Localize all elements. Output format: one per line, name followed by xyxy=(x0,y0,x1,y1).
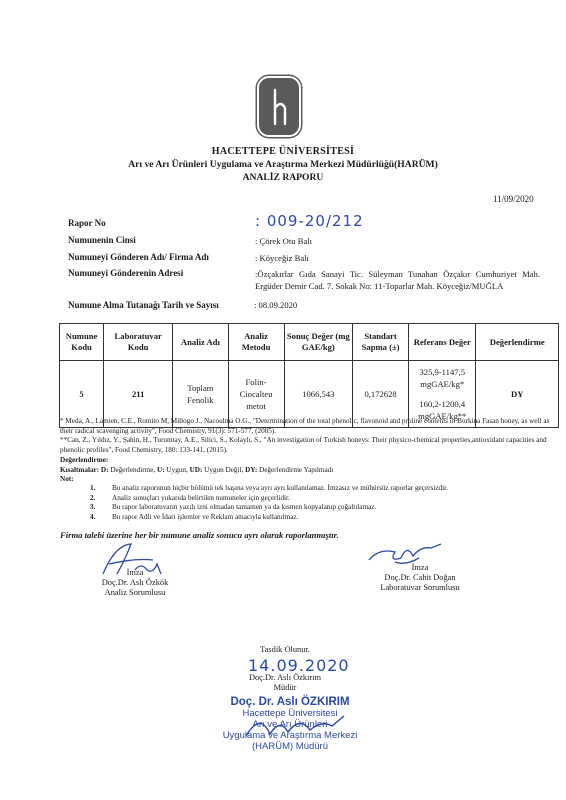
col-analysis-method: Analiz Metodu xyxy=(228,324,284,361)
abbrev-key-d: D: xyxy=(101,466,109,474)
notes-list: 1.Bu analiz raporunun hiçbir bölümü tek … xyxy=(90,484,448,522)
abbrev-key-dy: DY: xyxy=(245,466,257,474)
field-value-report-no: : 009-20/212 xyxy=(255,212,364,230)
reference-2: **Can, Z., Yıldız, Y., Şahin, H., Turumt… xyxy=(60,436,560,455)
field-label-report-no: Rapor No xyxy=(68,218,106,228)
approval-signer: Doç.Dr. Aslı Özkırım Müdür xyxy=(220,673,350,693)
note-label: Not: xyxy=(60,475,74,483)
signature-block-right: İmza Doç.Dr. Cahit Doğan Laboratuvar Sor… xyxy=(360,563,480,593)
reference-1: * Meda, A., Lamien, C.E., Romito M, Mill… xyxy=(60,417,560,436)
field-label-sender-address: Numuneyi Gönderenin Adresi xyxy=(68,268,183,278)
note-item: 4.Bu rapor Adli ve İdari işlemler ve Rek… xyxy=(90,513,448,523)
center-name: Arı ve Arı Ürünleri Uygulama ve Araştırm… xyxy=(0,159,566,170)
col-reference: Referans Değer xyxy=(409,324,476,361)
document-title: ANALİZ RAPORU xyxy=(0,172,566,183)
report-date: 11/09/2020 xyxy=(493,194,534,204)
hacettepe-logo-icon xyxy=(259,78,299,135)
abbrev-val-d: Değerlendirme, xyxy=(109,466,158,474)
table-header-row: Numune Kodu Laboratuvar Kodu Analiz Adı … xyxy=(60,324,559,361)
abbrev-key-u: U: xyxy=(157,466,165,474)
signer-name: Doç.Dr. Cahit Doğan xyxy=(360,573,480,583)
evaluation-section: Değerlendirme: Kısaltmalar: D: Değerlend… xyxy=(60,456,560,485)
signer-role: Analiz Sorumlusu xyxy=(80,588,190,598)
col-sample-code: Numune Kodu xyxy=(60,324,104,361)
university-name: HACETTEPE ÜNİVERSİTESİ xyxy=(0,146,566,157)
field-label-sender-name: Numuneyi Gönderen Adı/ Firma Adı xyxy=(68,252,209,262)
results-table: Numune Kodu Laboratuvar Kodu Analiz Adı … xyxy=(59,323,559,428)
note-item: 2.Analiz sonuçları yukarıda belirtilen n… xyxy=(90,494,448,504)
col-lab-code: Laboratuvar Kodu xyxy=(104,324,173,361)
note-item: 1.Bu analiz raporunun hiçbir bölümü tek … xyxy=(90,484,448,494)
evaluation-heading: Değerlendirme: xyxy=(60,456,108,464)
field-value-sender-name: : Köyceğiz Balı xyxy=(255,253,309,263)
abbrev-key-ud: UD: xyxy=(190,466,203,474)
signature-label: İmza xyxy=(80,568,190,578)
signature-director-icon xyxy=(240,706,350,746)
director-name: Doç.Dr. Aslı Özkırım xyxy=(220,673,350,683)
reference-range-1: 325,9-1147,5 mgGAE/kg* xyxy=(411,366,473,390)
abbreviations-line: Kısaltmalar: D: Değerlendirme, U: Uygun,… xyxy=(60,466,560,476)
approval-text: Tasdik Olunur. xyxy=(220,645,350,655)
signer-name: Doç.Dr. Aslı Özkök xyxy=(80,578,190,588)
abbrev-label: Kısaltmalar: xyxy=(60,466,99,474)
signature-label: İmza xyxy=(360,563,480,573)
signature-block-left: İmza Doç.Dr. Aslı Özkök Analiz Sorumlusu xyxy=(80,568,190,598)
director-role: Müdür xyxy=(220,683,350,693)
signer-role: Laboratuvar Sorumlusu xyxy=(360,583,480,593)
field-value-sampling-record: : 08.09.2020 xyxy=(254,300,297,310)
col-std-dev: Standart Sapma (±) xyxy=(353,324,409,361)
abbrev-val-dy: Değerlendirme Yapılmadı xyxy=(257,466,333,474)
abbrev-val-u: Uygun, xyxy=(165,466,190,474)
field-value-sender-address: :Özçakırlar Gıda Sanayi Tic. Süleyman Tu… xyxy=(255,268,540,292)
field-label-sampling-record: Numune Alma Tutanağı Tarih ve Sayısı xyxy=(68,300,219,310)
firm-request-note: Firma talebi üzerine her bir numune anal… xyxy=(60,530,339,540)
col-result: Sonuç Değer (mg GAE/kg) xyxy=(284,324,353,361)
col-evaluation: Değerlendirme xyxy=(476,324,559,361)
field-label-sample-type: Numunenin Cinsi xyxy=(68,235,136,245)
university-logo xyxy=(257,76,301,137)
abbrev-val-ud: Uygun Değil, xyxy=(202,466,245,474)
note-item: 3.Bu rapor laboratuvarın yazılı izni olm… xyxy=(90,503,448,513)
field-value-sample-type: : Çörek Otu Balı xyxy=(255,236,312,246)
col-analysis-name: Analiz Adı xyxy=(173,324,228,361)
